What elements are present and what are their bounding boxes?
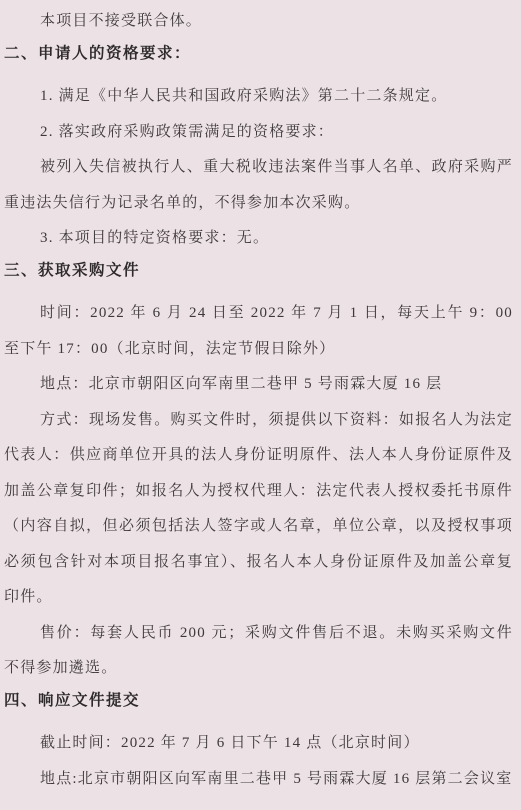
paragraph-submission-deadline: 截止时间：2022 年 7 月 6 日下午 14 点（北京时间） (4, 726, 513, 762)
heading-section3-obtain-procurement-documents: 三、获取采购文件 (4, 253, 513, 289)
paragraph-submission-location: 地点:北京市朝阳区向军南里二巷甲 5 号雨霖大厦 16 层第二会议室 (4, 762, 513, 798)
paragraph-document-sale-method: 方式：现场发售。购买文件时，须提供以下资料：如报名人为法定代表人：供应商单位开具… (4, 403, 513, 616)
heading-section2-applicant-qualifications: 二、申请人的资格要求： (4, 36, 513, 72)
paragraph-no-consortium: 本项目不接受联合体。 (4, 4, 513, 40)
paragraph-blacklist-restriction: 被列入失信被执行人、重大税收违法案件当事人名单、政府采购严重违法失信行为记录名单… (4, 150, 513, 221)
paragraph-qualification-item-3: 3. 本项目的特定资格要求：无。 (4, 221, 513, 257)
paragraph-document-price: 售价：每套人民币 200 元；采购文件售后不退。未购买采购文件不得参加遴选。 (4, 616, 513, 687)
paragraph-document-sale-time: 时间：2022 年 6 月 24 日至 2022 年 7 月 1 日，每天上午 … (4, 296, 513, 367)
heading-section4-response-document-submission: 四、响应文件提交 (4, 683, 513, 719)
paragraph-qualification-item-2: 2. 落实政府采购政策需满足的资格要求： (4, 115, 513, 151)
paragraph-qualification-item-1: 1. 满足《中华人民共和国政府采购法》第二十二条规定。 (4, 79, 513, 115)
paragraph-document-sale-location: 地点：北京市朝阳区向军南里二巷甲 5 号雨霖大厦 16 层 (4, 367, 513, 403)
procurement-notice-document: 本项目不接受联合体。 二、申请人的资格要求： 1. 满足《中华人民共和国政府采购… (0, 0, 521, 810)
